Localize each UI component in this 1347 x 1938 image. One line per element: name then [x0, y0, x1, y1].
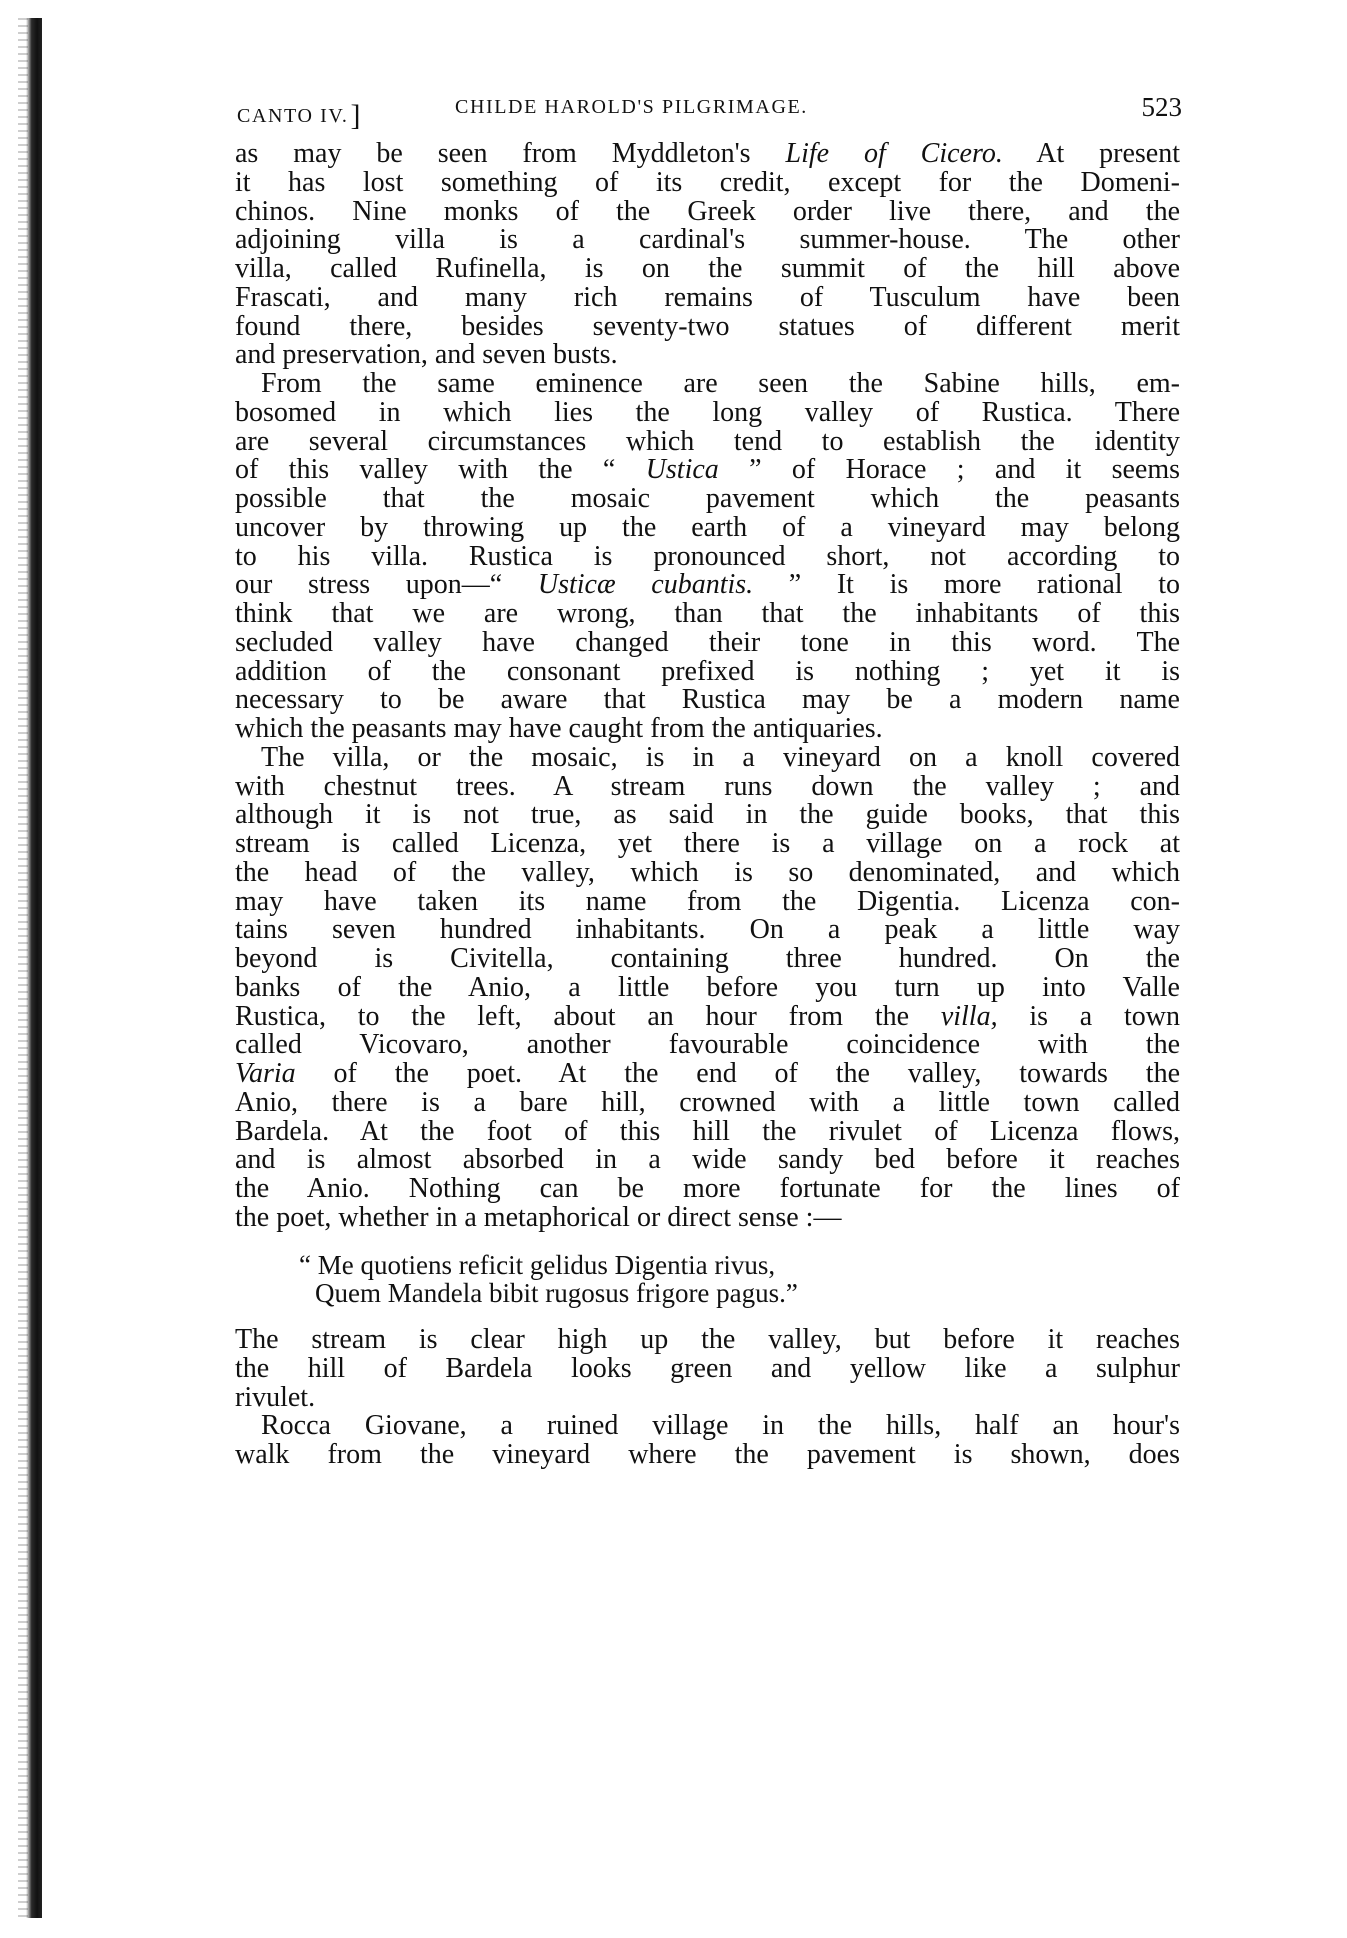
paragraph-final: Rocca Giovane, a ruined village in the h… [235, 1412, 1180, 1470]
text-line: Rocca Giovane, a ruined village in the h… [235, 1412, 1180, 1441]
header-bracket: ] [350, 99, 362, 132]
spacer [235, 1233, 1180, 1251]
text-line: villa, called Rufinella, is on the summi… [235, 255, 1180, 284]
text-line: and is almost absorbed in a wide sandy b… [235, 1146, 1180, 1175]
book-binding-edge [26, 18, 42, 1918]
text-line: adjoining villa is a cardinal's summer-h… [235, 226, 1180, 255]
text-line: with chestnut trees. A stream runs down … [235, 773, 1180, 802]
page-number: 523 [1142, 92, 1183, 123]
text-line: chinos. Nine monks of the Greek order li… [235, 198, 1180, 227]
text-line: Bardela. At the foot of this hill the ri… [235, 1118, 1180, 1147]
text-line: as may be seen from Myddleton's Life of … [235, 140, 1180, 169]
text-line: Rustica, to the left, about an hour from… [235, 1003, 1180, 1032]
text-line: tains seven hundred inhabitants. On a pe… [235, 916, 1180, 945]
text-line: called Vicovaro, another favourable coin… [235, 1031, 1180, 1060]
verse-line-2: Quem Mandela bibit rugosus frigore pagus… [235, 1279, 1180, 1308]
text-line: walk from the vineyard where the pavemen… [235, 1441, 1180, 1470]
running-title: CHILDE HAROLD'S PILGRIMAGE. [455, 96, 808, 119]
text-line: found there, besides seventy-two statues… [235, 313, 1180, 342]
paragraph-after-verse: The stream is clear high up the valley, … [235, 1326, 1180, 1412]
text-line: Frascati, and many rich remains of Tuscu… [235, 284, 1180, 313]
text-line: The stream is clear high up the valley, … [235, 1326, 1180, 1355]
text-line: banks of the Anio, a little before you t… [235, 974, 1180, 1003]
text-line: the hill of Bardela looks green and yell… [235, 1355, 1180, 1384]
text-line: necessary to be aware that Rustica may b… [235, 686, 1180, 715]
text-line: which the peasants may have caught from … [235, 715, 1180, 744]
text-line: to his villa. Rustica is pronounced shor… [235, 543, 1180, 572]
text-line: bosomed in which lies the long valley of… [235, 399, 1180, 428]
text-line: may have taken its name from the Digenti… [235, 888, 1180, 917]
paragraph-3: The villa, or the mosaic, is in a vineya… [235, 744, 1180, 1233]
italic-text: villa, [941, 1001, 998, 1032]
text-line: From the same eminence are seen the Sabi… [235, 370, 1180, 399]
page-body: as may be seen from Myddleton's Life of … [235, 140, 1180, 1470]
text-line: and preservation, and seven busts. [235, 341, 1180, 370]
italic-text: Ustica [646, 454, 719, 485]
text-line: are several circumstances which tend to … [235, 428, 1180, 457]
text-line: stream is called Licenza, yet there is a… [235, 830, 1180, 859]
text-line: of this valley with the “ Ustica ” of Ho… [235, 456, 1180, 485]
text-line: think that we are wrong, than that the i… [235, 600, 1180, 629]
canto-number: CANTO IV. [237, 105, 348, 127]
paragraph-1: as may be seen from Myddleton's Life of … [235, 140, 1180, 370]
text-line: uncover by throwing up the earth of a vi… [235, 514, 1180, 543]
text-line: the poet, whether in a metaphorical or d… [235, 1204, 1180, 1233]
text-line: possible that the mosaic pavement which … [235, 485, 1180, 514]
text-line: the Anio. Nothing can be more fortunate … [235, 1175, 1180, 1204]
text-line: Anio, there is a bare hill, crowned with… [235, 1089, 1180, 1118]
text-line: our stress upon—“ Usticæ cubantis. ” It … [235, 571, 1180, 600]
binding-shadow [18, 18, 28, 1918]
text-line: addition of the consonant prefixed is no… [235, 658, 1180, 687]
verse-line-1: “ Me quotiens reficit gelidus Digentia r… [235, 1251, 1180, 1280]
text-line: beyond is Civitella, containing three hu… [235, 945, 1180, 974]
text-line: Varia of the poet. At the end of the val… [235, 1060, 1180, 1089]
text-line: it has lost something of its credit, exc… [235, 169, 1180, 198]
italic-text: Varia [235, 1058, 296, 1089]
italic-text: Usticæ cubantis. [538, 569, 753, 600]
running-header: CANTO IV.] CHILDE HAROLD'S PILGRIMAGE. 5… [237, 96, 1182, 130]
canto-label: CANTO IV.] [237, 96, 362, 130]
text-line: the head of the valley, which is so deno… [235, 859, 1180, 888]
text-line: although it is not true, as said in the … [235, 801, 1180, 830]
text-line: secluded valley have changed their tone … [235, 629, 1180, 658]
text-line: rivulet. [235, 1384, 1180, 1413]
italic-text: Life of Cicero. [786, 138, 1003, 169]
paragraph-2: From the same eminence are seen the Sabi… [235, 370, 1180, 744]
text-line: The villa, or the mosaic, is in a vineya… [235, 744, 1180, 773]
